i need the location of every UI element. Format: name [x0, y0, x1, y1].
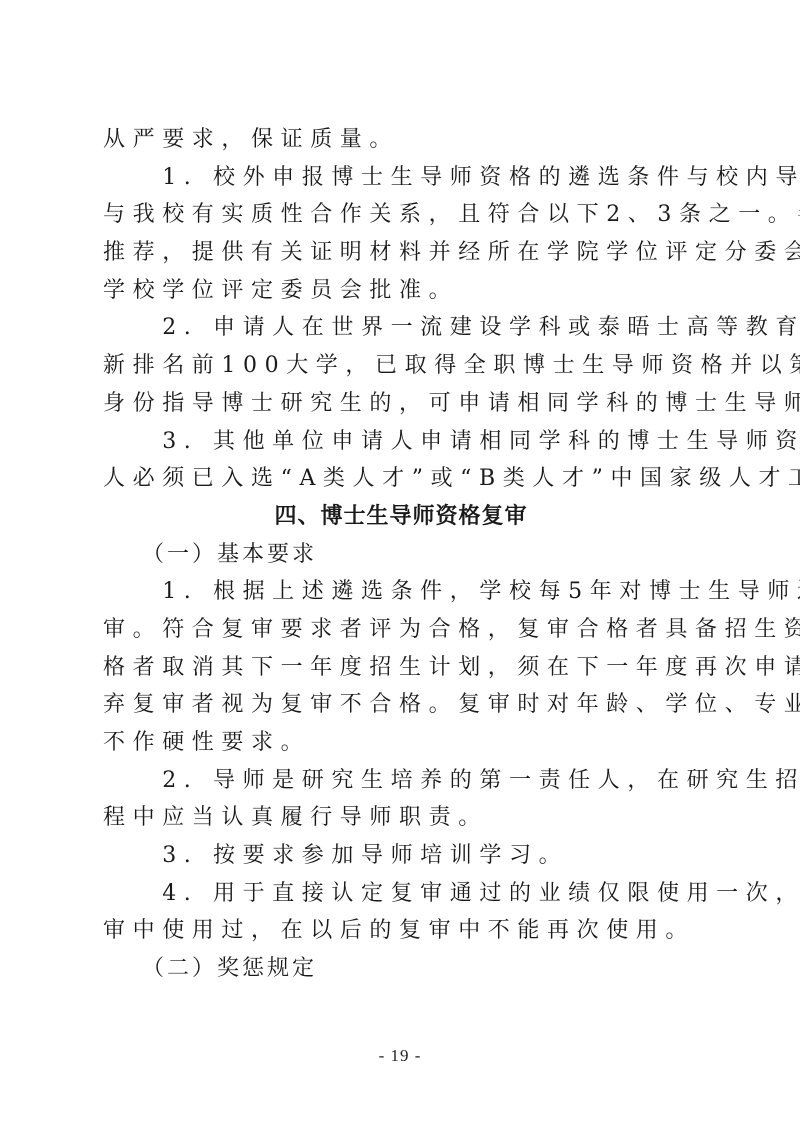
paragraph-line: 2. 导师是研究生培养的第一责任人，在研究生招生与培养过 [103, 762, 699, 800]
paragraph-line: 审中使用过，在以后的复审中不能再次使用。 [103, 912, 699, 950]
subsection-heading: （一）基本要求 [103, 536, 699, 574]
paragraph-line: 新排名前100大学，已取得全职博士生导师资格并以第一指导老师 [103, 347, 699, 385]
paragraph-line: 弃复审者视为复审不合格。复审时对年龄、学位、专业技术职务 [103, 686, 699, 724]
paragraph-line: 3. 其他单位申请人申请相同学科的博士生导师资格的，申请 [103, 423, 699, 461]
paragraph-line: 推荐，提供有关证明材料并经所在学院学位评定分委会审核，报送 [103, 234, 699, 272]
paragraph-line: 2. 申请人在世界一流建设学科或泰晤士高等教育世界大学最 [103, 309, 699, 347]
subsection-heading: （二）奖惩规定 [103, 950, 699, 988]
paragraph-line: 学校学位评定委员会批准。 [103, 272, 699, 310]
paragraph-line: 4. 用于直接认定复审通过的业绩仅限使用一次，即在一次复 [103, 875, 699, 913]
page-number: - 19 - [0, 1046, 800, 1066]
paragraph-line: 人必须已入选“A类人才”或“B类人才”中国家级人才工程。 [103, 460, 699, 498]
paragraph-line: 审。符合复审要求者评为合格，复审合格者具备招生资格；不合 [103, 611, 699, 649]
document-body: 从严要求，保证质量。 1. 校外申报博士生导师资格的遴选条件与校内导师一致，须 … [103, 121, 699, 988]
paragraph-line: 与我校有实质性合作关系，且符合以下2、3条之一。各学院负责 [103, 196, 699, 234]
paragraph-line: 1. 校外申报博士生导师资格的遴选条件与校内导师一致，须 [103, 159, 699, 197]
section-heading: 四、博士生导师资格复审 [103, 498, 699, 536]
paragraph-line: 身份指导博士研究生的，可申请相同学科的博士生导师资格。 [103, 385, 699, 423]
paragraph-line: 格者取消其下一年度招生计划，须在下一年度再次申请复审；放 [103, 649, 699, 687]
paragraph-line: 1. 根据上述遴选条件，学校每5年对博士生导师进行资格复 [103, 573, 699, 611]
paragraph-line: 3. 按要求参加导师培训学习。 [103, 837, 699, 875]
paragraph-line: 从严要求，保证质量。 [103, 121, 699, 159]
paragraph-line: 程中应当认真履行导师职责。 [103, 799, 699, 837]
paragraph-line: 不作硬性要求。 [103, 724, 699, 762]
